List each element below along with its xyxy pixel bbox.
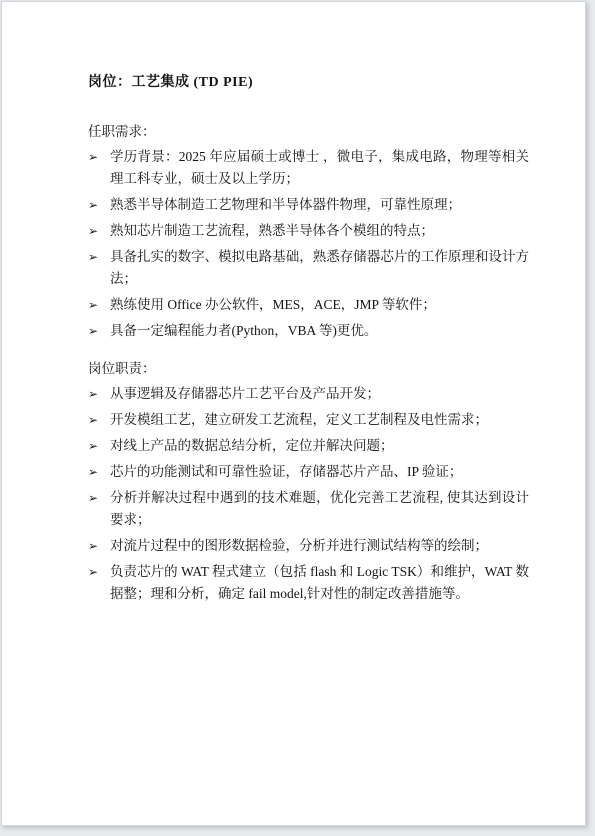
- list-item: ➢ 对线上产品的数据总结分析，定位并解决问题；: [88, 435, 529, 457]
- list-item: ➢ 熟悉半导体制造工艺物理和半导体器件物理，可靠性原理；: [88, 194, 529, 216]
- bullet-text: 对线上产品的数据总结分析，定位并解决问题；: [110, 435, 529, 457]
- section-heading-requirements: 任职需求：: [88, 121, 529, 143]
- bullet-text: 开发模组工艺，建立研发工艺流程，定义工艺制程及电性需求；: [110, 409, 529, 431]
- bullet-text: 负责芯片的 WAT 程式建立（包括 flash 和 Logic TSK）和维护，…: [110, 561, 529, 605]
- bullet-text: 对流片过程中的图形数据检验，分析并进行测试结构等的绘制；: [110, 535, 529, 557]
- arrow-bullet-icon: ➢: [88, 487, 110, 531]
- arrow-bullet-icon: ➢: [88, 146, 110, 190]
- bullet-text: 学历背景：2025 年应届硕士或博士 ，微电子，集成电路，物理等相关理工科专业，…: [110, 146, 529, 190]
- list-item: ➢ 负责芯片的 WAT 程式建立（包括 flash 和 Logic TSK）和维…: [88, 561, 529, 605]
- list-item: ➢ 开发模组工艺，建立研发工艺流程，定义工艺制程及电性需求；: [88, 409, 529, 431]
- list-item: ➢ 从事逻辑及存储器芯片工艺平台及产品开发；: [88, 383, 529, 405]
- arrow-bullet-icon: ➢: [88, 294, 110, 316]
- arrow-bullet-icon: ➢: [88, 461, 110, 483]
- section-heading-responsibilities: 岗位职责：: [88, 358, 529, 380]
- list-item: ➢ 熟知芯片制造工艺流程，熟悉半导体各个模组的特点；: [88, 220, 529, 242]
- document-page: 岗位：工艺集成 (TD PIE) 任职需求： ➢ 学历背景：2025 年应届硕士…: [1, 1, 586, 826]
- arrow-bullet-icon: ➢: [88, 435, 110, 457]
- list-item: ➢ 分析并解决过程中遇到的技术难题，优化完善工艺流程, 使其达到设计要求；: [88, 487, 529, 531]
- bullet-text: 具备一定编程能力者(Python，VBA 等)更优。: [110, 320, 529, 342]
- list-item: ➢ 熟练使用 Office 办公软件，MES，ACE，JMP 等软件；: [88, 294, 529, 316]
- arrow-bullet-icon: ➢: [88, 383, 110, 405]
- bullet-text: 分析并解决过程中遇到的技术难题，优化完善工艺流程, 使其达到设计要求；: [110, 487, 529, 531]
- arrow-bullet-icon: ➢: [88, 194, 110, 216]
- bullet-text: 芯片的功能测试和可靠性验证，存储器芯片产品、IP 验证；: [110, 461, 529, 483]
- bullet-text: 熟悉半导体制造工艺物理和半导体器件物理，可靠性原理；: [110, 194, 529, 216]
- arrow-bullet-icon: ➢: [88, 220, 110, 242]
- arrow-bullet-icon: ➢: [88, 409, 110, 431]
- bullet-text: 从事逻辑及存储器芯片工艺平台及产品开发；: [110, 383, 529, 405]
- arrow-bullet-icon: ➢: [88, 561, 110, 605]
- list-item: ➢ 具备一定编程能力者(Python，VBA 等)更优。: [88, 320, 529, 342]
- list-item: ➢ 具备扎实的数字、模拟电路基础，熟悉存储器芯片的工作原理和设计方法；: [88, 246, 529, 290]
- list-item: ➢ 学历背景：2025 年应届硕士或博士 ，微电子，集成电路，物理等相关理工科专…: [88, 146, 529, 190]
- arrow-bullet-icon: ➢: [88, 320, 110, 342]
- list-item: ➢ 对流片过程中的图形数据检验，分析并进行测试结构等的绘制；: [88, 535, 529, 557]
- bullet-text: 熟练使用 Office 办公软件，MES，ACE，JMP 等软件；: [110, 294, 529, 316]
- arrow-bullet-icon: ➢: [88, 535, 110, 557]
- arrow-bullet-icon: ➢: [88, 246, 110, 290]
- list-item: ➢ 芯片的功能测试和可靠性验证，存储器芯片产品、IP 验证；: [88, 461, 529, 483]
- bullet-text: 具备扎实的数字、模拟电路基础，熟悉存储器芯片的工作原理和设计方法；: [110, 246, 529, 290]
- page-title: 岗位：工艺集成 (TD PIE): [88, 72, 529, 94]
- bullet-text: 熟知芯片制造工艺流程，熟悉半导体各个模组的特点；: [110, 220, 529, 242]
